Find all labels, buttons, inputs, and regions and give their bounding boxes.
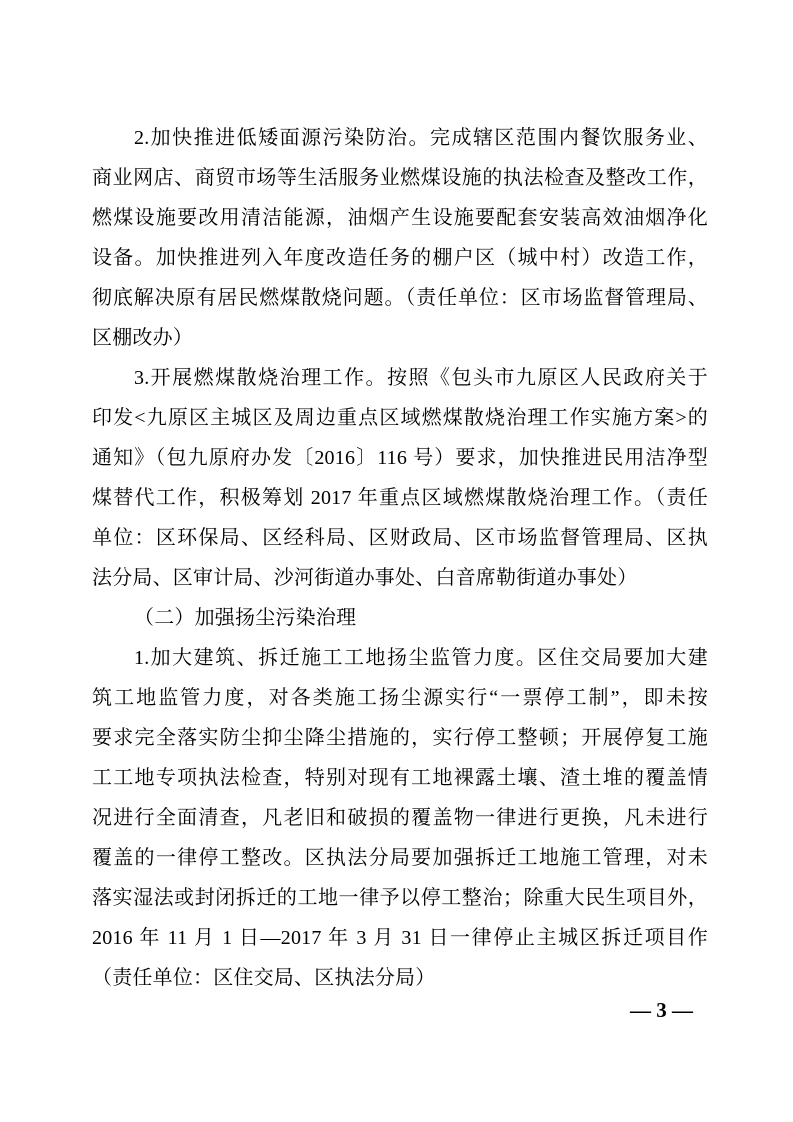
- text-line: 2.加快推进低矮面源污染防治。完成辖区范围内餐饮服务业、: [92, 118, 708, 158]
- text-line: 印发<九原区主城区及周边重点区域燃煤散烧治理工作实施方案>的: [92, 398, 708, 438]
- text-line: 单位：区环保局、区经科局、区财政局、区市场监督管理局、区执: [92, 518, 708, 558]
- text-line: 法分局、区审计局、沙河街道办事处、白音席勒街道办事处）: [92, 558, 708, 598]
- text-line: 设备。加快推进列入年度改造任务的棚户区（城中村）改造工作，: [92, 238, 708, 278]
- text-line: （责任单位：区住交局、区执法分局）: [92, 958, 708, 998]
- document-body: 2.加快推进低矮面源污染防治。完成辖区范围内餐饮服务业、 商业网店、商贸市场等生…: [92, 118, 708, 998]
- text-line: 彻底解决原有居民燃煤散烧问题。（责任单位：区市场监督管理局、: [92, 278, 708, 318]
- page-number: — 3 —: [630, 995, 710, 1025]
- text-line: 商业网店、商贸市场等生活服务业燃煤设施的执法检查及整改工作，: [92, 158, 708, 198]
- text-line: 工工地专项执法检查，特别对现有工地裸露土壤、渣土堆的覆盖情: [92, 758, 708, 798]
- document-page: 2.加快推进低矮面源污染防治。完成辖区范围内餐饮服务业、 商业网店、商贸市场等生…: [0, 0, 793, 1122]
- text-line: 通知》（包九原府办发〔2016〕116 号）要求，加快推进民用洁净型: [92, 438, 708, 478]
- text-line: 要求完全落实防尘抑尘降尘措施的，实行停工整顿；开展停复工施: [92, 718, 708, 758]
- text-line: 筑工地监管力度，对各类施工扬尘源实行“一票停工制”，即未按: [92, 678, 708, 718]
- text-line: 区棚改办）: [92, 318, 708, 358]
- text-line: 落实湿法或封闭拆迁的工地一律予以停工整治；除重大民生项目外，: [92, 878, 708, 918]
- text-line: 2016 年 11 月 1 日—2017 年 3 月 31 日一律停止主城区拆迁…: [92, 918, 708, 958]
- text-line: 覆盖的一律停工整改。区执法分局要加强拆迁工地施工管理，对未: [92, 838, 708, 878]
- text-line: 1.加大建筑、拆迁施工工地扬尘监管力度。区住交局要加大建: [92, 638, 708, 678]
- section-heading: （二）加强扬尘污染治理: [92, 598, 708, 638]
- text-line: 3.开展燃煤散烧治理工作。按照《包头市九原区人民政府关于: [92, 358, 708, 398]
- text-line: 煤替代工作，积极筹划 2017 年重点区域燃煤散烧治理工作。（责任: [92, 478, 708, 518]
- text-line: 燃煤设施要改用清洁能源，油烟产生设施要配套安装高效油烟净化: [92, 198, 708, 238]
- text-line: 况进行全面清查，凡老旧和破损的覆盖物一律进行更换，凡未进行: [92, 798, 708, 838]
